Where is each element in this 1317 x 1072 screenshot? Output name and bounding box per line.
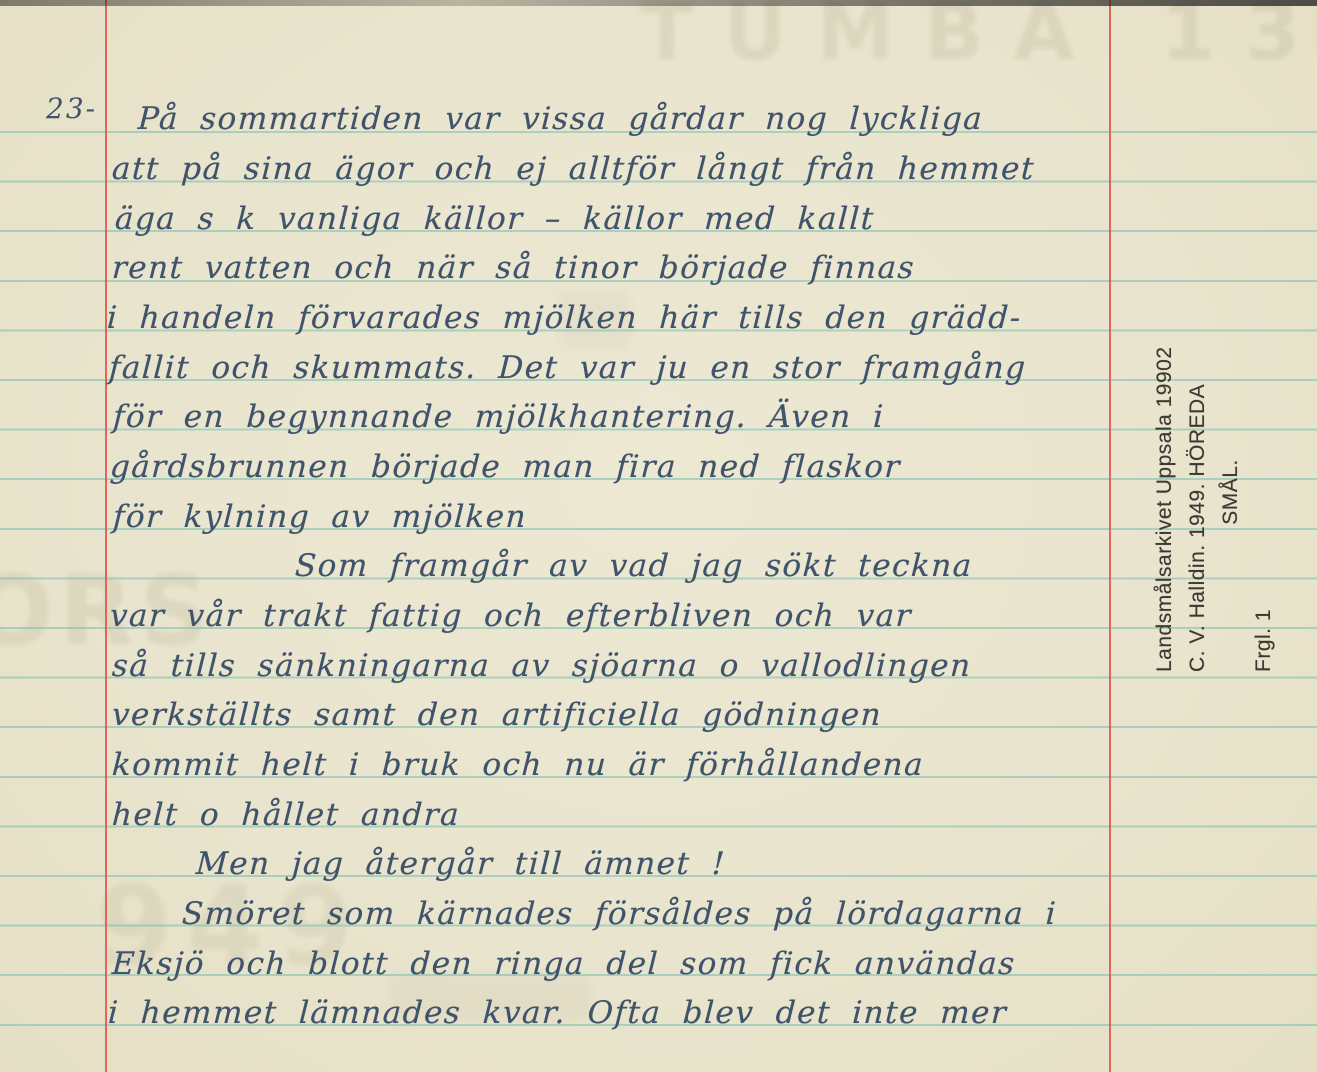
handwritten-line: gårdsbrunnen började man fira ned flasko… <box>109 444 902 490</box>
left-margin-line <box>105 0 107 1072</box>
handwritten-line: så tills sänkningarna av sjöarna o vallo… <box>111 643 973 689</box>
right-margin-line <box>1109 0 1111 1072</box>
handwritten-line: rent vatten och när så tinor började fin… <box>111 245 916 291</box>
page-number: 23- <box>46 92 97 125</box>
handwritten-line: att på sina ägor och ej alltför långt fr… <box>111 146 1036 192</box>
archive-stamp-line: Landsmålsarkivet Uppsala 19902 <box>1148 312 1181 672</box>
handwritten-line: Men jag återgår till ämnet ! <box>195 841 727 887</box>
handwritten-line: fallit och skummats. Det var ju en stor … <box>108 345 1028 391</box>
handwritten-line: På sommartiden var vissa gårdar nog lyck… <box>137 96 985 142</box>
handwritten-line: för kylning av mjölken <box>112 494 529 540</box>
paper-watermark-tumba: TUMBA 13 <box>640 0 1317 78</box>
handwritten-line: Som framgår av vad jag sökt teckna <box>294 543 974 589</box>
manuscript-page: TUMBA 13 ORS 949 23- På sommartiden var … <box>0 0 1317 1072</box>
archive-stamp-line: Frgl. 1 <box>1247 312 1280 672</box>
handwritten-line: i handeln förvarades mjölken här tills d… <box>106 295 1023 341</box>
archive-stamp: Landsmålsarkivet Uppsala 19902 C. V. Hal… <box>1148 312 1278 672</box>
handwritten-line: helt o hållet andra <box>111 792 462 838</box>
scan-edge <box>0 0 1317 6</box>
handwritten-line: för en begynnande mjölkhantering. Även i <box>112 394 886 440</box>
handwritten-line: var vår trakt fattig och efterbliven och… <box>109 593 913 639</box>
archive-stamp-line: C. V. Halldin. 1949. HÖREDA <box>1181 312 1214 672</box>
handwritten-line: äga s k vanliga källor – källor med kall… <box>114 196 876 242</box>
handwritten-line: kommit helt i bruk och nu är förhållande… <box>111 742 926 788</box>
handwritten-line: Smöret som kärnades försåldes på lördaga… <box>181 891 1058 937</box>
handwritten-line: verkställts samt den artificiella gödnin… <box>111 692 884 738</box>
handwritten-line: i hemmet lämnades kvar. Ofta blev det in… <box>107 990 1009 1036</box>
handwritten-line: Eksjö och blott den ringa del som fick a… <box>111 941 1017 987</box>
archive-stamp-line: SMÅL. <box>1214 312 1247 672</box>
